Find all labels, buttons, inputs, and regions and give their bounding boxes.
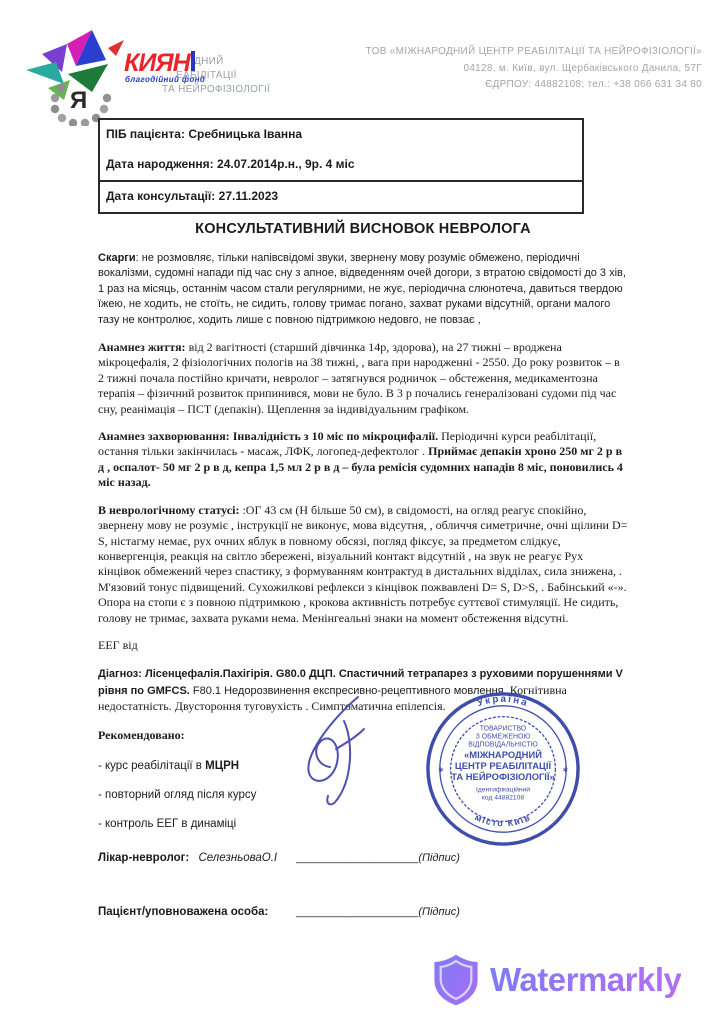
svg-text:Я: Я [70, 87, 87, 114]
row-label: ПІБ пацієнта: [106, 127, 185, 141]
signature-line: ____________________ [296, 852, 418, 864]
clinic-stamp: Україна місто Київ ТОВАРИСТВО З ОБМЕЖЕНО… [424, 690, 582, 848]
section-label: Анамнез захворювання: [98, 429, 230, 443]
signature-line-group: ____________________(Підпис) [296, 852, 460, 864]
watermark-label: Watermarkly [490, 961, 681, 999]
section-label: Анамнез життя: [98, 340, 186, 354]
section-label: Скарги [98, 252, 136, 264]
stamp-line: Ідентифікаційний [476, 786, 530, 794]
doctor-signature-row: Лікар-невролог: СелезньоваО.І __________… [98, 852, 628, 872]
section-complaints: Скарги: не розмовляє, тільки напівсвідом… [98, 251, 628, 328]
patient-signature-row: Пацієнт/уповноважена особа: ____________… [98, 906, 628, 926]
handwritten-signature [292, 693, 392, 808]
signature-caption: (Підпис) [418, 906, 460, 918]
shield-icon [432, 953, 480, 1007]
signature-line: ____________________ [296, 906, 418, 918]
stamp-line: код 44882108 [482, 795, 524, 802]
brand-subtitle: благодійний фонд [125, 75, 205, 84]
company-info: ТОВ «МІЖНАРОДНИЙ ЦЕНТР РЕАБІЛІТАЦІЇ ТА Н… [330, 44, 702, 94]
stamp-city: місто Київ [473, 812, 532, 828]
doctor-name: СелезньоваО.І [198, 852, 277, 864]
doctor-label: Лікар-невролог: [98, 852, 189, 864]
table-row-patient-name: ПІБ пацієнта: Сребницька Іванна [100, 120, 582, 150]
section-label: В неврологічному статусі: [98, 503, 239, 517]
svg-text:місто Київ: місто Київ [473, 812, 532, 828]
stamp-line: ТОВАРИСТВО [480, 725, 527, 732]
stamp-line: ТА НЕЙРОФІЗІОЛОГІЇ» [451, 771, 554, 782]
clinic-logo: Я ДНИЙ ЕАБІЛІТАЦІЇ ТА НЕЙРОФІЗІОЛОГІЇ КИ… [12, 26, 322, 126]
row-label: Дата народження: [106, 157, 214, 171]
section-life-history: Анамнез життя: від 2 вагітності (старший… [98, 340, 628, 417]
document-page: Я ДНИЙ ЕАБІЛІТАЦІЇ ТА НЕЙРОФІЗІОЛОГІЇ КИ… [0, 0, 724, 1024]
signature-line-group: ____________________(Підпис) [296, 906, 460, 918]
page-title: КОНСУЛЬТАТИВНИЙ ВИСНОВОК НЕВРОЛОГА [98, 221, 628, 237]
row-value: Сребницька Іванна [188, 127, 302, 141]
table-row-birth-date: Дата народження: 24.07.2014р.н., 9р. 4 м… [100, 150, 582, 182]
stamp-line: ВІДПОВІДАЛЬНІСТЮ [468, 741, 537, 748]
company-address: 04128, м. Київ, вул. Щербаківського Дани… [330, 61, 702, 78]
row-value: 24.07.2014р.н., 9р. 4 міс [217, 157, 355, 171]
patient-label: Пацієнт/уповноважена особа: [98, 906, 268, 918]
section-eeg: ЕЕГ від [98, 638, 628, 653]
brand-name: КИЯН [124, 49, 195, 78]
section-neuro-status: В неврологічному статусі: :ОГ 43 см (Н б… [98, 503, 628, 626]
row-value: 27.11.2023 [219, 189, 278, 203]
signature-caption: (Підпис) [418, 852, 460, 864]
stamp-line: З ОБМЕЖЕНОЮ [476, 733, 531, 740]
company-contacts: ЄДРПОУ: 44882108; тел.: +38 066 631 34 8… [330, 77, 702, 94]
brand-accent-bar [191, 51, 195, 71]
company-name: ТОВ «МІЖНАРОДНИЙ ЦЕНТР РЕАБІЛІТАЦІЇ ТА Н… [330, 44, 702, 61]
section-disease-history: Анамнез захворювання: Інвалідність з 10 … [98, 429, 628, 491]
svg-text:✶: ✶ [561, 765, 568, 775]
svg-text:✶: ✶ [437, 765, 444, 775]
table-row-consult-date: Дата консультації: 27.11.2023 [100, 182, 582, 212]
stamp-line: ЦЕНТР РЕАБІЛІТАЦІЇ [455, 761, 552, 771]
logo-gray-line: ТА НЕЙРОФІЗІОЛОГІЇ [162, 83, 270, 97]
stamp-line: «МІЖНАРОДНИЙ [464, 749, 542, 760]
watermark-badge: Watermarkly [432, 953, 681, 1007]
patient-info-table: ПІБ пацієнта: Сребницька Іванна Дата нар… [98, 118, 584, 214]
row-label: Дата консультації: [106, 189, 215, 203]
